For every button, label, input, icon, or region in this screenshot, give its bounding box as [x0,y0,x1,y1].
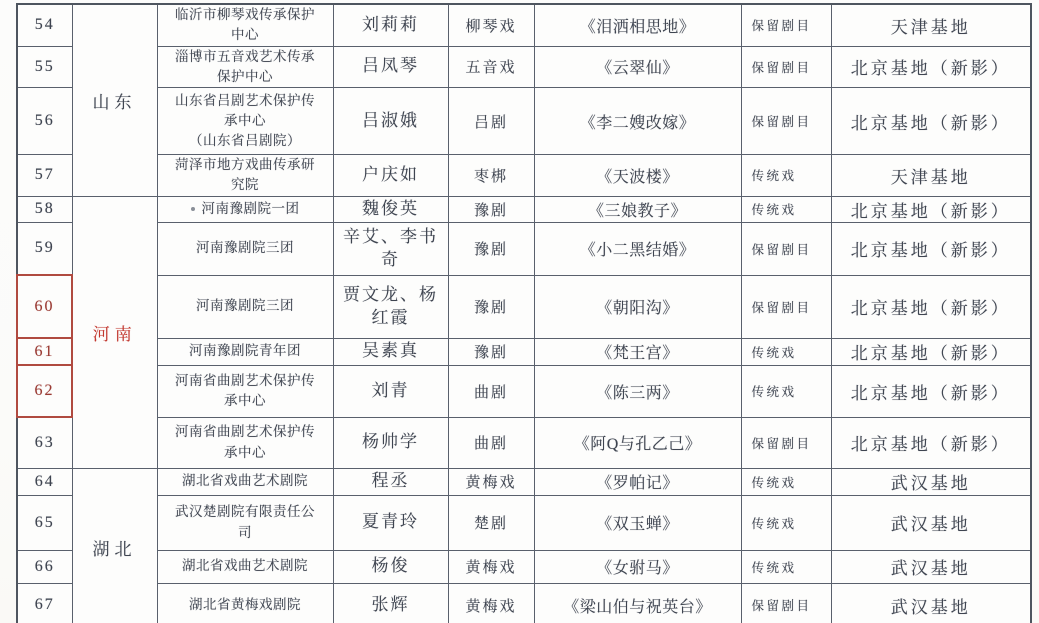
play-title: 《云翠仙》 [534,46,741,88]
category-label: 保留剧目 [741,275,831,338]
play-title: 《梁山伯与祝英台》 [534,583,741,623]
organization: 河南豫剧院三团 [157,222,333,275]
row-number: 65 [17,495,72,550]
base-label: 武汉基地 [831,495,1031,550]
row-number: 66 [17,550,72,583]
organization: 武汉楚剧院有限责任公 司 [157,495,333,550]
performer-name: 吴素真 [333,338,448,365]
row-number: 56 [17,88,72,155]
table-row: 63 河南省曲剧艺术保护传 承中心 杨帅学 曲剧 《阿Q与孔乙己》 保留剧目 北… [17,417,1031,468]
organization: 河南豫剧院一团 [157,196,333,222]
organization: 临沂市柳琴戏传承保护 中心 [157,4,333,46]
performer-name: 张辉 [333,583,448,623]
table-row: 61 河南豫剧院青年团 吴素真 豫剧 《梵王宫》 传统戏 北京基地（新影） [17,338,1031,365]
organization-text: 河南豫剧院一团 [202,201,300,216]
base-label: 武汉基地 [831,583,1031,623]
base-label: 天津基地 [831,155,1031,197]
scanned-page: 54 山东 临沂市柳琴戏传承保护 中心 刘莉莉 柳琴戏 《泪洒相思地》 保留剧目… [0,0,1039,623]
row-number: 58 [17,196,72,222]
play-title: 《双玉蝉》 [534,495,741,550]
performer-name: 魏俊英 [333,196,448,222]
province-label-hubei: 湖北 [72,468,157,623]
category-label: 传统戏 [741,495,831,550]
opera-genre: 五音戏 [448,46,534,88]
organization: 山东省吕剧艺术保护传 承中心 （山东省吕剧院） [157,88,333,155]
category-label: 传统戏 [741,550,831,583]
base-label: 北京基地（新影） [831,338,1031,365]
row-number: 62 [17,365,72,417]
performer-name: 杨俊 [333,550,448,583]
opera-genre: 曲剧 [448,365,534,417]
row-number: 67 [17,583,72,623]
row-number: 55 [17,46,72,88]
performer-name: 吕淑娥 [333,88,448,155]
table-row: 62 河南省曲剧艺术保护传 承中心 刘青 曲剧 《陈三两》 传统戏 北京基地（新… [17,365,1031,417]
opera-genre: 黄梅戏 [448,550,534,583]
performer-name: 辛艾、李书 奇 [333,222,448,275]
performer-name: 杨帅学 [333,417,448,468]
table-row: 59 河南豫剧院三团 辛艾、李书 奇 豫剧 《小二黑结婚》 保留剧目 北京基地（… [17,222,1031,275]
category-label: 传统戏 [741,196,831,222]
performer-name: 户庆如 [333,155,448,197]
table-row: 58 河南 河南豫剧院一团 魏俊英 豫剧 《三娘教子》 传统戏 北京基地（新影） [17,196,1031,222]
row-number: 59 [17,222,72,275]
table-row: 57 菏泽市地方戏曲传承研 究院 户庆如 枣梆 《天波楼》 传统戏 天津基地 [17,155,1031,197]
table-row: 65 武汉楚剧院有限责任公 司 夏青玲 楚剧 《双玉蝉》 传统戏 武汉基地 [17,495,1031,550]
play-title: 《泪洒相思地》 [534,4,741,46]
row-number: 60 [17,275,72,338]
opera-genre: 曲剧 [448,417,534,468]
base-label: 天津基地 [831,4,1031,46]
base-label: 北京基地（新影） [831,196,1031,222]
organization: 河南豫剧院青年团 [157,338,333,365]
ink-speck [191,207,195,211]
base-label: 武汉基地 [831,468,1031,495]
play-title: 《阿Q与孔乙己》 [534,417,741,468]
base-label: 武汉基地 [831,550,1031,583]
category-label: 保留剧目 [741,417,831,468]
base-label: 北京基地（新影） [831,222,1031,275]
category-label: 保留剧目 [741,583,831,623]
play-title: 《梵王宫》 [534,338,741,365]
opera-genre: 黄梅戏 [448,583,534,623]
opera-genre: 吕剧 [448,88,534,155]
row-number: 61 [17,338,72,365]
table-row: 64 湖北 湖北省戏曲艺术剧院 程丞 黄梅戏 《罗帕记》 传统戏 武汉基地 [17,468,1031,495]
organization: 菏泽市地方戏曲传承研 究院 [157,155,333,197]
organization: 湖北省黄梅戏剧院 [157,583,333,623]
performer-name: 刘莉莉 [333,4,448,46]
base-label: 北京基地（新影） [831,365,1031,417]
table-row: 67 湖北省黄梅戏剧院 张辉 黄梅戏 《梁山伯与祝英台》 保留剧目 武汉基地 [17,583,1031,623]
base-label: 北京基地（新影） [831,88,1031,155]
opera-genre: 豫剧 [448,222,534,275]
repertoire-table: 54 山东 临沂市柳琴戏传承保护 中心 刘莉莉 柳琴戏 《泪洒相思地》 保留剧目… [16,3,1032,623]
organization: 河南省曲剧艺术保护传 承中心 [157,365,333,417]
opera-genre: 豫剧 [448,275,534,338]
performer-name: 夏青玲 [333,495,448,550]
performer-name: 吕凤琴 [333,46,448,88]
category-label: 保留剧目 [741,222,831,275]
performer-name: 贾文龙、杨 红霞 [333,275,448,338]
opera-genre: 柳琴戏 [448,4,534,46]
opera-genre: 豫剧 [448,196,534,222]
category-label: 传统戏 [741,338,831,365]
category-label: 保留剧目 [741,4,831,46]
organization: 河南豫剧院三团 [157,275,333,338]
opera-genre: 楚剧 [448,495,534,550]
performer-name: 刘青 [333,365,448,417]
category-label: 保留剧目 [741,46,831,88]
table-row: 56 山东省吕剧艺术保护传 承中心 （山东省吕剧院） 吕淑娥 吕剧 《李二嫂改嫁… [17,88,1031,155]
table-row: 54 山东 临沂市柳琴戏传承保护 中心 刘莉莉 柳琴戏 《泪洒相思地》 保留剧目… [17,4,1031,46]
province-label-henan: 河南 [72,196,157,468]
row-number: 64 [17,468,72,495]
province-label-shandong: 山东 [72,4,157,196]
table-row: 55 淄博市五音戏艺术传承 保护中心 吕凤琴 五音戏 《云翠仙》 保留剧目 北京… [17,46,1031,88]
category-label: 保留剧目 [741,88,831,155]
base-label: 北京基地（新影） [831,417,1031,468]
opera-genre: 黄梅戏 [448,468,534,495]
category-label: 传统戏 [741,155,831,197]
row-number: 57 [17,155,72,197]
play-title: 《罗帕记》 [534,468,741,495]
play-title: 《女驸马》 [534,550,741,583]
row-number: 63 [17,417,72,468]
opera-genre: 枣梆 [448,155,534,197]
opera-genre: 豫剧 [448,338,534,365]
row-number: 54 [17,4,72,46]
table-row: 60 河南豫剧院三团 贾文龙、杨 红霞 豫剧 《朝阳沟》 保留剧目 北京基地（新… [17,275,1031,338]
organization: 河南省曲剧艺术保护传 承中心 [157,417,333,468]
play-title: 《李二嫂改嫁》 [534,88,741,155]
organization: 湖北省戏曲艺术剧院 [157,550,333,583]
organization: 淄博市五音戏艺术传承 保护中心 [157,46,333,88]
organization: 湖北省戏曲艺术剧院 [157,468,333,495]
category-label: 传统戏 [741,468,831,495]
table-row: 66 湖北省戏曲艺术剧院 杨俊 黄梅戏 《女驸马》 传统戏 武汉基地 [17,550,1031,583]
base-label: 北京基地（新影） [831,275,1031,338]
play-title: 《朝阳沟》 [534,275,741,338]
performer-name: 程丞 [333,468,448,495]
play-title: 《三娘教子》 [534,196,741,222]
base-label: 北京基地（新影） [831,46,1031,88]
play-title: 《小二黑结婚》 [534,222,741,275]
category-label: 传统戏 [741,365,831,417]
play-title: 《天波楼》 [534,155,741,197]
play-title: 《陈三两》 [534,365,741,417]
